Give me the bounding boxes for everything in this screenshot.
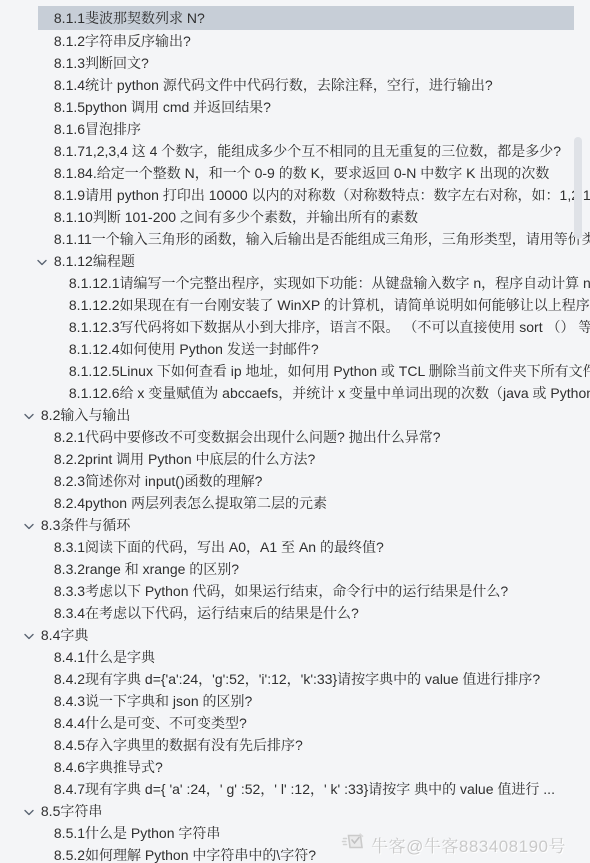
outline-item[interactable]: 8.4.1什么是字典 (0, 646, 590, 668)
outline-item-label: 8.4.6字典推导式? (54, 759, 163, 775)
outline-item[interactable]: 8.1.12.5Linux 下如何查看 ip 地址，如何用 Python 或 T… (0, 360, 590, 382)
outline-item-label: 8.3.1阅读下面的代码，写出 A0，A1 至 An 的最终值? (54, 539, 384, 555)
outline-item-label: 8.4.1什么是字典 (54, 649, 155, 665)
outline-item-label: 8.4.7现有字典 d={ 'a' :24，' g' :52，' l' :12，… (54, 781, 555, 797)
outline-item[interactable]: 8.2.3简述你对 input()函数的理解? (0, 470, 590, 492)
outline-item-label: 8.1.12.2如果现在有一台刚安装了 WinXP 的计算机，请简单说明如何能够… (69, 297, 590, 313)
outline-item[interactable]: 8.3.2range 和 xrange 的区别? (0, 558, 590, 580)
outline-item[interactable]: 8.1.5python 调用 cmd 并返回结果? (0, 96, 590, 118)
outline-item-label: 8.4.3说一下字典和 json 的区别? (54, 693, 252, 709)
outline-item-label: 8.2.4python 两层列表怎么提取第二层的元素 (54, 495, 327, 511)
outline-item-label: 8.1.12.5Linux 下如何查看 ip 地址，如何用 Python 或 T… (69, 363, 590, 379)
outline-item[interactable]: 8.3条件与循环 (0, 514, 590, 536)
outline-item[interactable]: 8.1.9请用 python 打印出 10000 以内的对称数（对称数特点：数字… (0, 184, 590, 206)
chevron-down-icon[interactable] (24, 404, 37, 426)
outline-item[interactable]: 8.1.71,2,3,4 这 4 个数字，能组成多少个互不相同的且无重复的三位数… (0, 140, 590, 162)
outline-item-label: 8.1.12编程题 (54, 253, 135, 269)
outline-item-label: 8.3.4在考虑以下代码，运行结束后的结果是什么? (54, 605, 359, 621)
outline-item-label: 8.1.12.4如何使用 Python 发送一封邮件? (69, 341, 319, 357)
outline-item[interactable]: 8.4.7现有字典 d={ 'a' :24，' g' :52，' l' :12，… (0, 778, 590, 800)
outline-item[interactable]: 8.1.6冒泡排序 (0, 118, 590, 140)
outline-item-label: 8.1.9请用 python 打印出 10000 以内的对称数（对称数特点：数字… (54, 187, 590, 203)
outline-item-label: 8.1.5python 调用 cmd 并返回结果? (54, 99, 271, 115)
outline-item[interactable]: 8.1.12.3写代码将如下数据从小到大排序，语言不限。 （不可以直接使用 so… (0, 316, 590, 338)
outline-pane: 8.1.1斐波那契数列求 N? 8.1.2字符串反序输出? 8.1.3判断回文?… (0, 0, 590, 863)
outline-item-label: 8.5.2如何理解 Python 中字符串中的\字符? (54, 847, 316, 863)
outline-item-label: 8.1.12.6给 x 变量赋值为 abccaefs，并统计 x 变量中单词出现… (69, 385, 590, 401)
outline-item-label: 8.1.12.3写代码将如下数据从小到大排序，语言不限。 （不可以直接使用 so… (69, 319, 590, 335)
outline-item-label: 8.1.3判断回文? (54, 55, 149, 71)
outline-item-label: 8.3.2range 和 xrange 的区别? (54, 561, 239, 577)
outline-item[interactable]: 8.1.12编程题 (0, 250, 590, 272)
outline-item[interactable]: 8.3.3考虑以下 Python 代码，如果运行结束，命令行中的运行结果是什么? (0, 580, 590, 602)
outline-item-label: 8.4字典 (41, 627, 88, 643)
chevron-down-icon[interactable] (24, 514, 37, 536)
outline-item-label: 8.4.5存入字典里的数据有没有先后排序? (54, 737, 303, 753)
outline-item[interactable]: 8.4.3说一下字典和 json 的区别? (0, 690, 590, 712)
outline-item[interactable]: 8.3.4在考虑以下代码，运行结束后的结果是什么? (0, 602, 590, 624)
outline-item[interactable]: 8.1.10判断 101-200 之间有多少个素数，并输出所有的素数 (0, 206, 590, 228)
outline-item-label: 8.2输入与输出 (41, 407, 130, 423)
outline-item-label: 8.1.4统计 python 源代码文件中代码行数，去除注释，空行，进行输出? (54, 77, 493, 93)
chevron-down-icon[interactable] (37, 250, 50, 272)
niuke-logo-icon (341, 831, 365, 857)
outline-item-label: 8.2.3简述你对 input()函数的理解? (54, 473, 263, 489)
outline-item-label: 8.1.12.1请编写一个完整出程序，实现如下功能：从键盘输入数字 n，程序自动… (69, 275, 590, 291)
outline-item-label: 8.2.1代码中要修改不可变数据会出现什么问题? 抛出什么异常? (54, 429, 441, 445)
outline-item-label: 8.1.71,2,3,4 这 4 个数字，能组成多少个互不相同的且无重复的三位数… (54, 143, 561, 159)
outline-item[interactable]: 8.1.12.2如果现在有一台刚安装了 WinXP 的计算机，请简单说明如何能够… (0, 294, 590, 316)
outline-item[interactable]: 8.4字典 (0, 624, 590, 646)
watermark: 牛客@牛客883408190号 (341, 831, 566, 857)
chevron-down-icon[interactable] (24, 624, 37, 646)
outline-item[interactable]: 8.2输入与输出 (0, 404, 590, 426)
outline-item-label: 8.1.6冒泡排序 (54, 121, 141, 137)
outline-item[interactable]: 8.5字符串 (0, 800, 590, 822)
outline-item[interactable]: 8.3.1阅读下面的代码，写出 A0，A1 至 An 的最终值? (0, 536, 590, 558)
outline-item[interactable]: 8.1.3判断回文? (0, 52, 590, 74)
outline-item-label: 8.1.11一个输入三角形的函数，输入后输出是否能组成三角形，三角形类型，请用等… (54, 231, 590, 247)
watermark-text: 牛客@牛客883408190号 (371, 832, 566, 857)
outline-item-label: 8.1.1斐波那契数列求 N? (54, 10, 205, 26)
outline-item-label: 8.3.3考虑以下 Python 代码，如果运行结束，命令行中的运行结果是什么? (54, 583, 508, 599)
outline-item[interactable]: 8.2.4python 两层列表怎么提取第二层的元素 (0, 492, 590, 514)
outline-item[interactable]: 8.1.2字符串反序输出? (0, 30, 590, 52)
chevron-down-icon[interactable] (24, 800, 37, 822)
outline-item-label: 8.4.2现有字典 d={'a':24，'g':52，'i':12，'k':33… (54, 671, 540, 687)
outline-item[interactable]: 8.1.11一个输入三角形的函数，输入后输出是否能组成三角形，三角形类型，请用等… (0, 228, 590, 250)
outline-item-label: 8.3条件与循环 (41, 517, 130, 533)
outline-item-label: 8.5.1什么是 Python 字符串 (54, 825, 221, 841)
outline-item-label: 8.2.2print 调用 Python 中底层的什么方法? (54, 451, 315, 467)
outline-item[interactable]: 8.4.4什么是可变、不可变类型? (0, 712, 590, 734)
outline-item[interactable]: 8.1.4统计 python 源代码文件中代码行数，去除注释，空行，进行输出? (0, 74, 590, 96)
outline-item[interactable]: 8.2.2print 调用 Python 中底层的什么方法? (0, 448, 590, 470)
outline-item[interactable]: 8.1.84.给定一个整数 N，和一个 0-9 的数 K，要求返回 0-N 中数… (0, 162, 590, 184)
scrollbar-thumb[interactable] (574, 137, 582, 239)
outline-item[interactable]: 8.4.5存入字典里的数据有没有先后排序? (0, 734, 590, 756)
outline-item[interactable]: 8.4.2现有字典 d={'a':24，'g':52，'i':12，'k':33… (0, 668, 590, 690)
outline-item-label: 8.5字符串 (41, 803, 102, 819)
outline-item[interactable]: 8.1.1斐波那契数列求 N? (38, 6, 574, 30)
outline-item[interactable]: 8.2.1代码中要修改不可变数据会出现什么问题? 抛出什么异常? (0, 426, 590, 448)
outline-list: 8.1.1斐波那契数列求 N? 8.1.2字符串反序输出? 8.1.3判断回文?… (0, 0, 590, 863)
outline-item[interactable]: 8.1.12.6给 x 变量赋值为 abccaefs，并统计 x 变量中单词出现… (0, 382, 590, 404)
outline-item-label: 8.1.10判断 101-200 之间有多少个素数，并输出所有的素数 (54, 209, 418, 225)
outline-item[interactable]: 8.4.6字典推导式? (0, 756, 590, 778)
outline-item[interactable]: 8.1.12.1请编写一个完整出程序，实现如下功能：从键盘输入数字 n，程序自动… (0, 272, 590, 294)
outline-item-label: 8.4.4什么是可变、不可变类型? (54, 715, 247, 731)
outline-item[interactable]: 8.1.12.4如何使用 Python 发送一封邮件? (0, 338, 590, 360)
outline-item-label: 8.1.2字符串反序输出? (54, 33, 191, 49)
outline-item-label: 8.1.84.给定一个整数 N，和一个 0-9 的数 K，要求返回 0-N 中数… (54, 165, 550, 181)
